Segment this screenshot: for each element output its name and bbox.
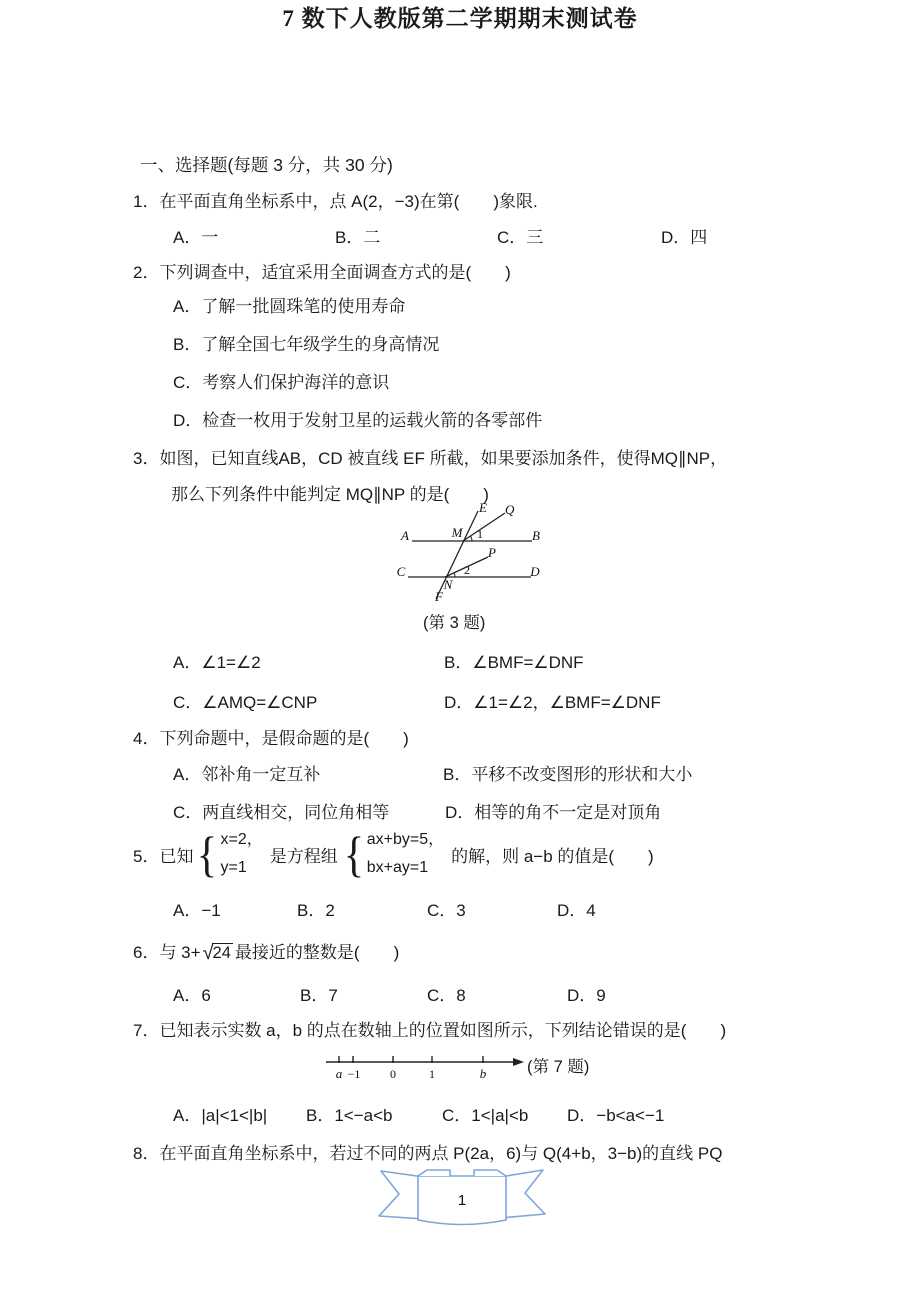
q3-option-d: D．∠1=∠2，∠BMF=∠DNF [444, 688, 661, 713]
page-number-ribbon: 1 [372, 1164, 552, 1236]
q5-system2: ax+by=5， bx+ay=1 [367, 826, 444, 882]
exam-title: 7 数下人教版第二学期期末测试卷 [0, 0, 920, 33]
q2-option-a: A．了解一批圆珠笔的使用寿命 [173, 292, 405, 317]
fig3-label-angle2: 2 [464, 563, 470, 577]
q6-option-c: C．8 [427, 981, 466, 1006]
q7-stem: 7．已知表示实数 a，b 的点在数轴上的位置如图所示，下列结论错误的是( ) [133, 1016, 726, 1041]
q6-prefix: 6．与 3+ [133, 938, 201, 963]
q1-option-d: D．四 [661, 223, 707, 248]
q5-suffix: 的解，则 a−b 的值是( ) [451, 842, 654, 867]
q4-option-c: C．两直线相交，同位角相等 [173, 798, 389, 823]
q1-stem: 1．在平面直角坐标系中，点 A(2，−3)在第( )象限. [133, 187, 538, 212]
left-brace: { [197, 832, 217, 877]
q3-option-b: B．∠BMF=∠DNF [444, 648, 584, 673]
q2-stem: 2．下列调查中，适宜采用全面调查方式的是( ) [133, 258, 511, 283]
q6-option-b: B．7 [300, 981, 338, 1006]
q5-stem: 5．已知 { x=2， y=1 是方程组 { ax+by=5， bx+ay=1 … [133, 827, 654, 881]
q5-system2-eq2: bx+ay=1 [367, 854, 444, 882]
q3-option-a: A．∠1=∠2 [173, 648, 261, 673]
q1-option-b: B．二 [335, 223, 380, 248]
q4-option-b: B．平移不改变图形的形状和大小 [443, 760, 692, 785]
q4-option-a: A．邻补角一定互补 [173, 760, 320, 785]
fig3-label-e: E [478, 500, 487, 515]
q4-stem: 4．下列命题中，是假命题的是( ) [133, 724, 409, 749]
numline-label-b: b [480, 1066, 487, 1081]
q7-option-d: D．−b<a<−1 [567, 1101, 664, 1126]
q4-option-d: D．相等的角不一定是对顶角 [445, 798, 661, 823]
numline-label-1: 1 [429, 1067, 435, 1081]
q3-stem-line1: 3．如图，已知直线AB，CD 被直线 EF 所截，如果要添加条件，使得MQ∥NP… [133, 444, 727, 469]
q5-option-d: D．4 [557, 896, 596, 921]
fig3-label-f: F [434, 589, 444, 604]
q6-suffix: 最接近的整数是( ) [235, 938, 399, 963]
fig3-label-m: M [451, 525, 464, 540]
square-root: √ 24 [203, 943, 233, 963]
q2-option-c: C．考察人们保护海洋的意识 [173, 368, 389, 393]
q8-stem: 8．在平面直角坐标系中，若过不同的两点 P(2a，6)与 Q(4+b，3−b)的… [133, 1139, 722, 1164]
section-heading: 一、选择题(每题 3 分，共 30 分) [140, 152, 393, 177]
q7-option-a: A．|a|<1<|b| [173, 1101, 267, 1126]
exam-page: 7 数下人教版第二学期期末测试卷 一、选择题(每题 3 分，共 30 分) 1．… [0, 0, 920, 1302]
fig3-label-q: Q [505, 502, 515, 517]
q2-option-b: B．了解全国七年级学生的身高情况 [173, 330, 439, 355]
q5-option-a: A．−1 [173, 896, 221, 921]
question3-figure: E Q A M B 1 P C 2 D N F [388, 498, 548, 610]
fig3-label-n: N [443, 577, 454, 592]
q1-option-a: A．一 [173, 223, 218, 248]
q6-stem: 6．与 3+ √ 24 最接近的整数是( ) [133, 938, 399, 963]
q5-system1: x=2， y=1 [220, 826, 262, 882]
fig3-label-angle1: 1 [477, 527, 483, 541]
fig3-label-a: A [400, 528, 409, 543]
q5-option-b: B．2 [297, 896, 335, 921]
q5-mid-text: 是方程组 [270, 842, 338, 867]
numline-label-0: 0 [390, 1067, 396, 1081]
q5-prefix: 5．已知 [133, 842, 193, 867]
q5-option-c: C．3 [427, 896, 466, 921]
page-number: 1 [458, 1192, 466, 1209]
q7-option-c: C．1<|a|<b [442, 1101, 528, 1126]
axis-arrowhead [513, 1058, 524, 1066]
fig3-caption: (第 3 题) [423, 609, 485, 633]
fig7-caption: (第 7 题) [527, 1053, 589, 1077]
q3-option-c: C．∠AMQ=∠CNP [173, 688, 317, 713]
q1-option-c: C．三 [497, 223, 543, 248]
numline-label-a: a [336, 1066, 343, 1081]
fig3-label-d: D [529, 564, 540, 579]
fig3-label-p: P [487, 545, 496, 560]
radicand: 24 [212, 943, 233, 963]
angle1-arc [470, 536, 472, 541]
q7-option-b: B．1<−a<b [306, 1101, 393, 1126]
q2-option-d: D．检查一枚用于发射卫星的运载火箭的各零部件 [173, 406, 542, 431]
left-brace: { [344, 832, 364, 877]
question7-number-line: a −1 0 1 b [318, 1050, 533, 1082]
q6-option-a: A．6 [173, 981, 211, 1006]
q5-system1-eq2: y=1 [220, 854, 262, 882]
fig3-label-b: B [532, 528, 540, 543]
fig3-label-c: C [397, 564, 406, 579]
angle2-arc [454, 573, 455, 577]
q5-system2-eq1: ax+by=5， [367, 826, 444, 854]
ribbon-left-fold [418, 1170, 450, 1176]
ribbon-right-fold [474, 1170, 506, 1176]
q5-system1-eq1: x=2， [220, 826, 262, 854]
ray-mq [463, 513, 505, 541]
q6-option-d: D．9 [567, 981, 606, 1006]
numline-label-minus1: −1 [348, 1067, 361, 1081]
